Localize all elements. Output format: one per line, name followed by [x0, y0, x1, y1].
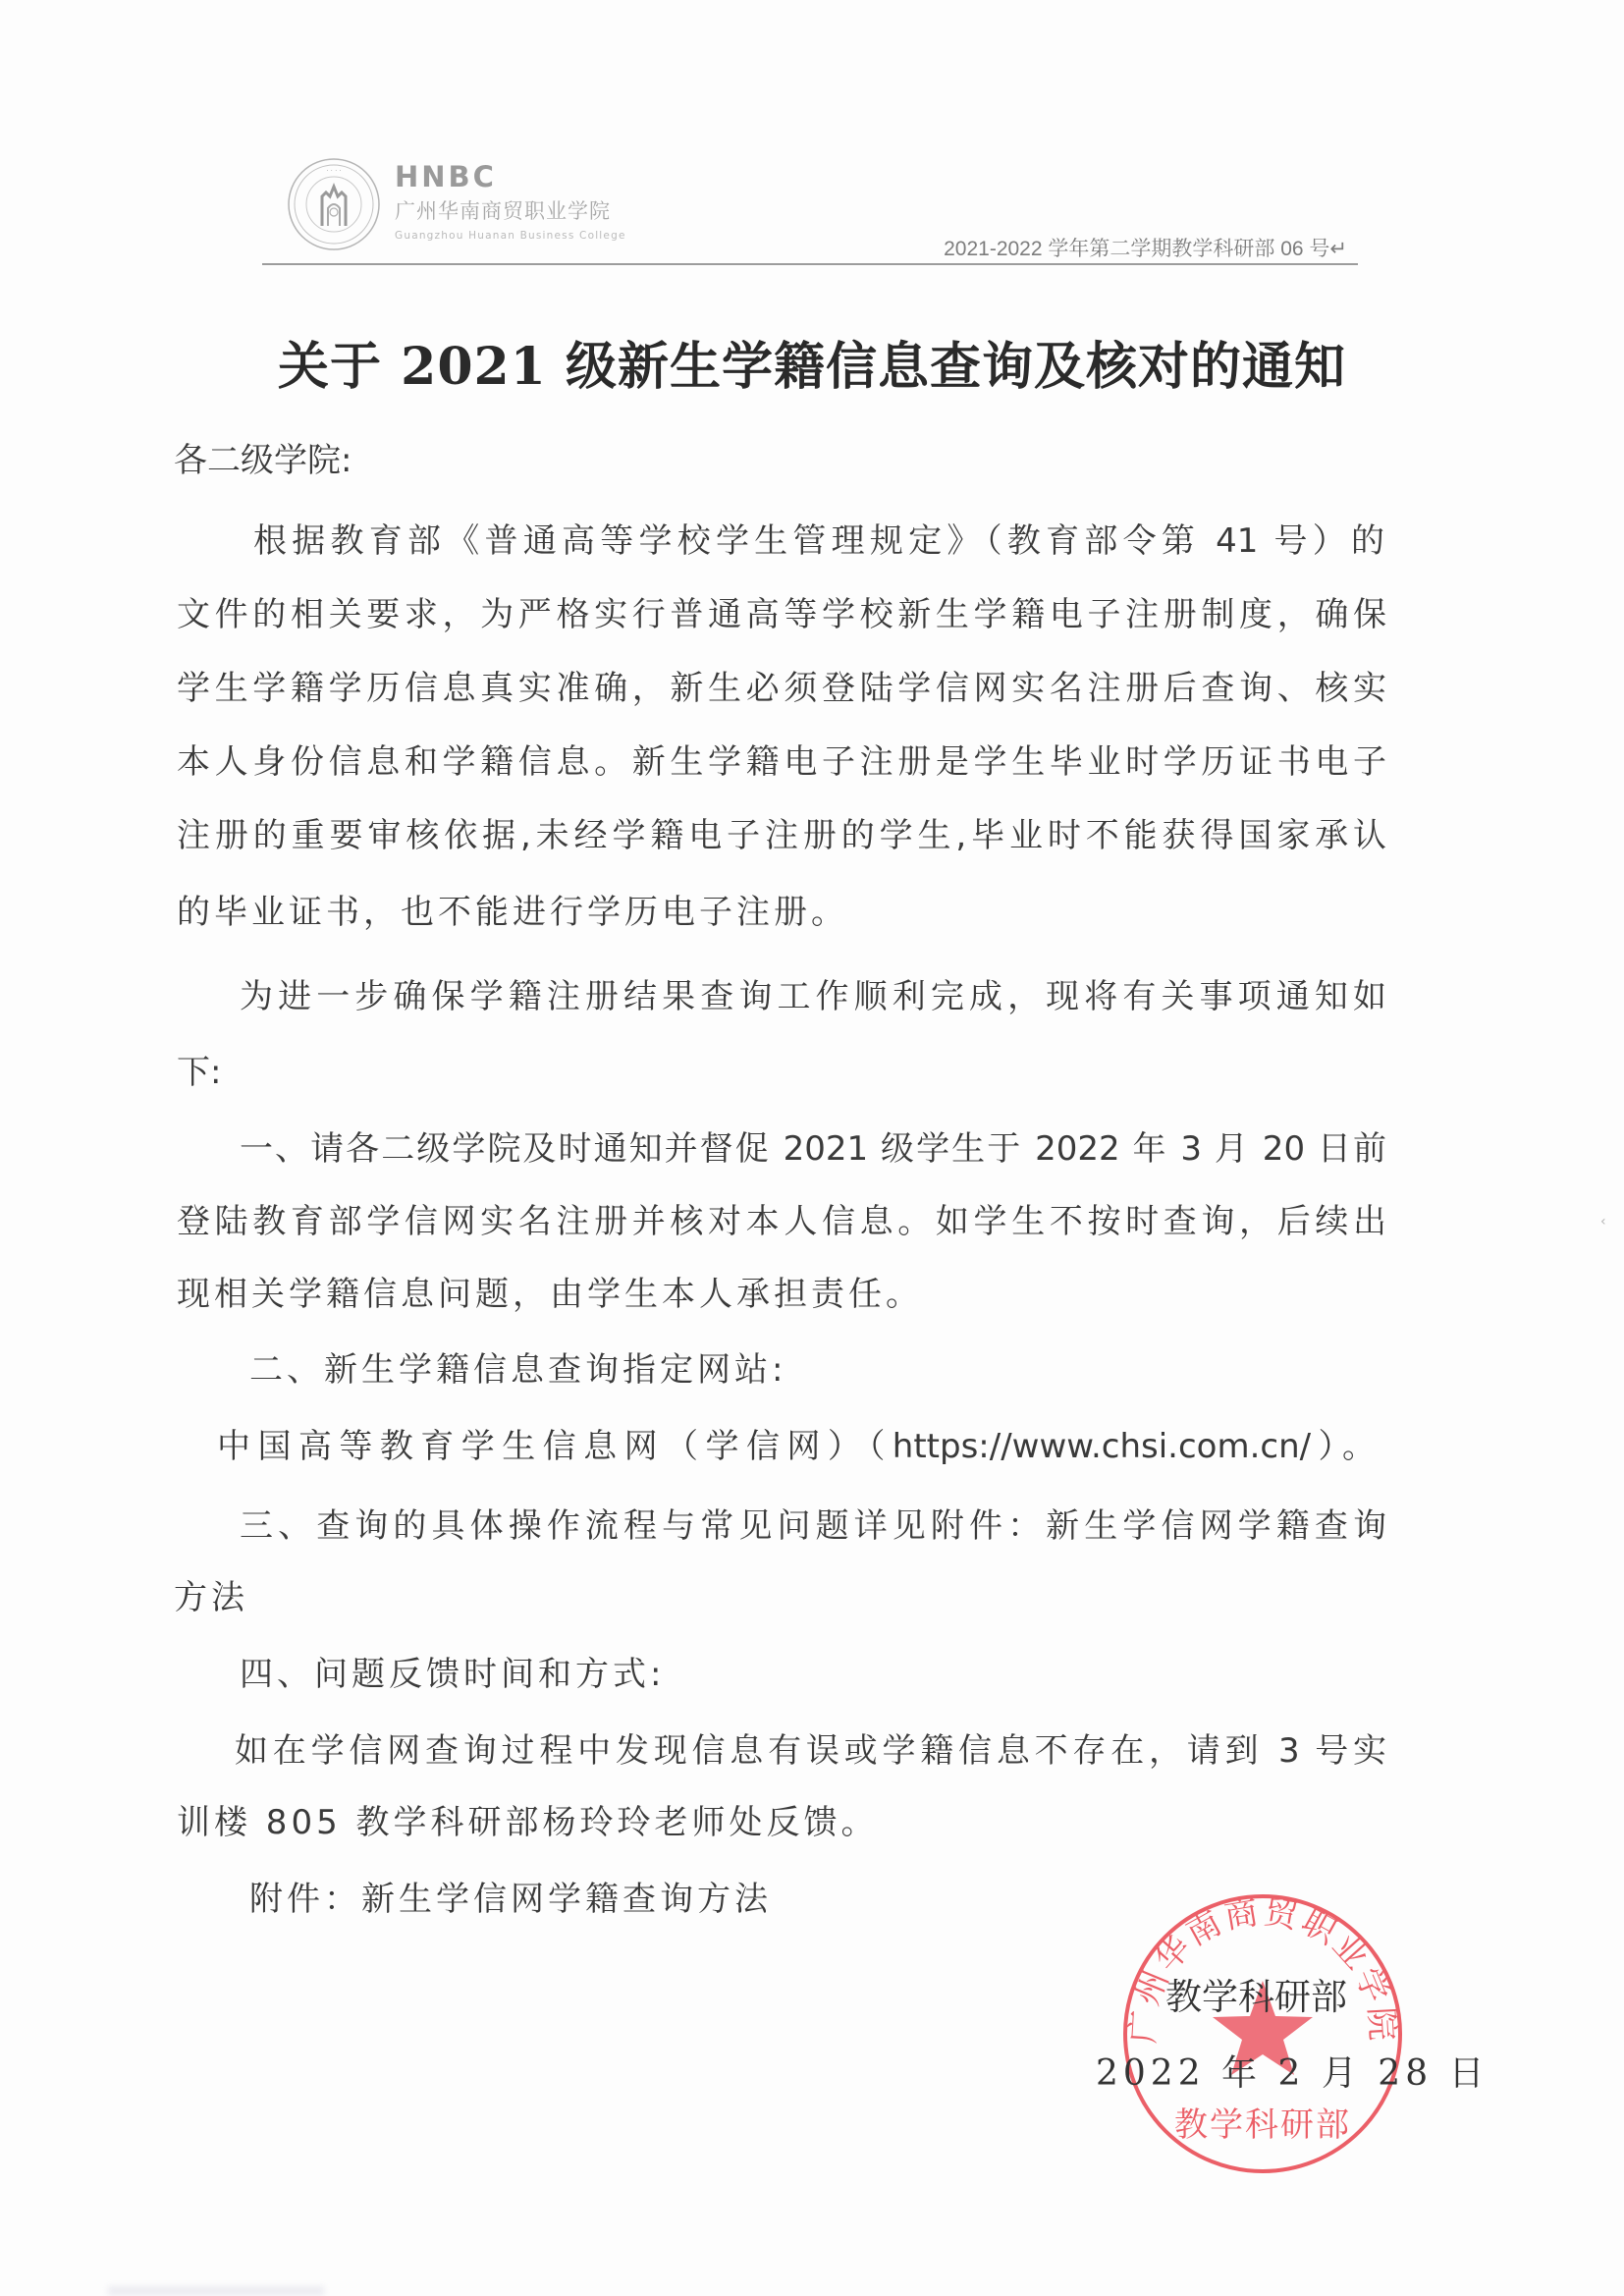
notice-page: · · · · HNBC 广州华南商贸职业学院 Guangzhou Huanan… — [0, 0, 1624, 2296]
scan-edge-mark: ‹ — [1600, 1214, 1606, 1230]
svg-text:· · · ·: · · · · — [326, 167, 342, 175]
item-one-line: 一、请各二级学院及时通知并督促 2021 级学生于 2022 年 3 月 20 … — [240, 1132, 1386, 1166]
website-link[interactable]: 中国高等教育学生信息网（学信网）（https://www.chsi.com.cn… — [217, 1430, 1376, 1463]
salutation: 各二级学院: — [174, 444, 352, 477]
paragraph-line: 文件的相关要求，为严格实行普通高等学校新生学籍电子注册制度，确保 — [177, 598, 1386, 631]
document-title: 关于 2021 级新生学籍信息查询及核对的通知 — [0, 342, 1624, 393]
item-three-line: 方法 — [174, 1581, 248, 1614]
item-three-line: 三、查询的具体操作流程与常见问题详见附件：新生学信网学籍查询 — [240, 1509, 1386, 1543]
item-four-heading: 四、问题反馈时间和方式: — [240, 1658, 665, 1691]
paragraph-line: 为进一步确保学籍注册结果查询工作顺利完成，现将有关事项通知如 — [240, 980, 1386, 1013]
paragraph-line: 下: — [177, 1056, 221, 1089]
paragraph-line: 注册的重要审核依据,未经学籍电子注册的学生,毕业时不能获得国家承认 — [177, 819, 1386, 852]
paragraph-line: 学生学籍学历信息真实准确，新生必须登陆学信网实名注册后查询、核实 — [177, 672, 1386, 705]
svg-text:教学科研部: 教学科研部 — [1174, 2105, 1351, 2145]
item-one-line: 现相关学籍信息问题，由学生本人承担责任。 — [177, 1278, 923, 1311]
college-seal-icon: · · · · — [287, 157, 381, 251]
paragraph-line: 的毕业证书，也不能进行学历电子注册。 — [177, 896, 848, 929]
signing-department: 教学科研部 — [1165, 1979, 1347, 2015]
header-divider — [262, 263, 1358, 265]
official-seal-stamp: 广州华南商贸职业学院 教学科研部 — [1119, 1890, 1406, 2177]
brand-abbreviation: HNBC — [395, 163, 497, 191]
item-two-heading: 二、新生学籍信息查询指定网站: — [249, 1353, 786, 1387]
school-name-en: Guangzhou Huanan Business College — [395, 231, 626, 242]
scan-smudge — [108, 2286, 324, 2296]
paragraph-line: 本人身份信息和学籍信息。新生学籍电子注册是学生毕业时学历证书电子 — [177, 745, 1386, 779]
document-number: 2021-2022 学年第二学期教学科研部 06 号↵ — [944, 239, 1347, 259]
item-one-line: 登陆教育部学信网实名注册并核对本人信息。如学生不按时查询，后续出 — [177, 1205, 1386, 1238]
paragraph-line: 根据教育部《普通高等学校学生管理规定》（教育部令第 41 号）的 — [253, 524, 1384, 558]
signing-date: 2022 年 2 月 28 日 — [1096, 2056, 1489, 2092]
item-four-line: 如在学信网查询过程中发现信息有误或学籍信息不存在，请到 3 号实 — [235, 1734, 1386, 1768]
item-four-line: 训楼 805 教学科研部杨玲玲老师处反馈。 — [177, 1806, 879, 1839]
school-name-cn: 广州华南商贸职业学院 — [395, 201, 611, 222]
attachment-note: 附件：新生学信网学籍查询方法 — [249, 1883, 772, 1916]
